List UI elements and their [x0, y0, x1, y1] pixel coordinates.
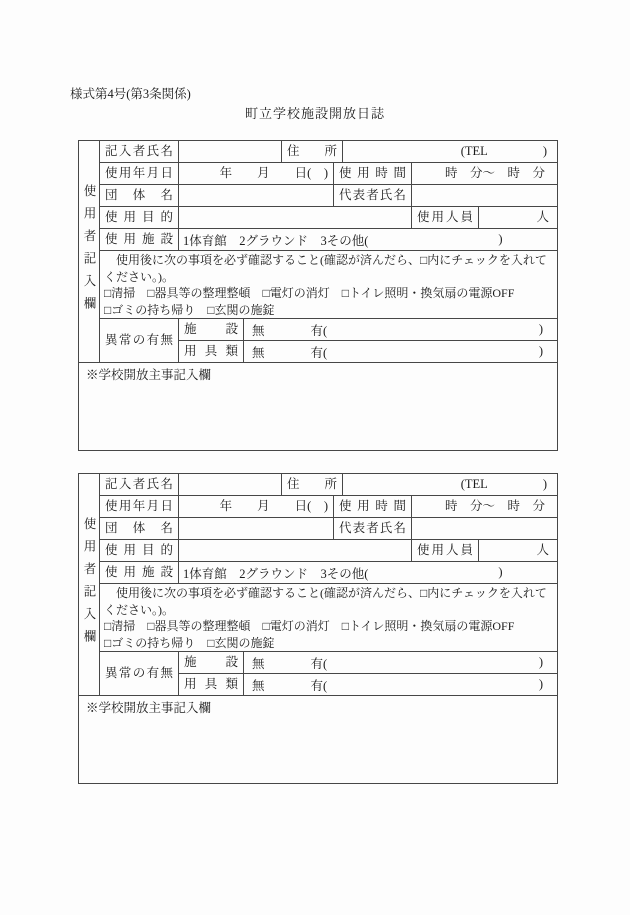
- tel-close-paren: ): [543, 477, 547, 492]
- facility-close-paren: ): [498, 565, 502, 580]
- anomaly-facility-label: 施設: [178, 651, 243, 673]
- usage-time-field: 時 分～ 時 分: [411, 495, 557, 517]
- usage-time-label: 使用時間: [333, 495, 411, 517]
- usage-form-1: 使用者記入欄 記入者氏名 住所 (TEL ) 使用年月日 年 月 日( ) 使用…: [78, 140, 558, 451]
- facility-options-field: 1体育館 2グラウンド 3その他( ): [178, 228, 557, 250]
- group-name-field: [178, 184, 333, 206]
- anomaly-facility-none: 無: [252, 321, 265, 339]
- supervisor-note-box: ※学校開放主事記入欄: [78, 362, 557, 450]
- recorder-name-field: [178, 140, 281, 162]
- attendance-label: 使用人員: [411, 539, 478, 561]
- usage-purpose-label: 使用目的: [99, 206, 178, 228]
- recorder-name-label: 記入者氏名: [99, 473, 178, 495]
- attendance-count-field: 人: [478, 206, 557, 228]
- anomaly-facility-close-paren: ): [539, 322, 543, 337]
- checklist-instruction-line-2: ください。)。: [104, 602, 553, 619]
- form-number: 様式第4号(第3条関係): [70, 84, 191, 102]
- checklist-instruction-line-1: 使用後に次の事項を必ず確認すること(確認が済んだら、□内にチェックを入れて: [104, 252, 553, 269]
- representative-name-label: 代表者氏名: [333, 517, 411, 539]
- usage-time-field: 時 分～ 時 分: [411, 162, 557, 184]
- user-entry-section-label-text: 使用者記入欄: [80, 517, 98, 652]
- tel-close-paren: ): [543, 144, 547, 159]
- document-page: 様式第4号(第3条関係) 町立学校施設開放日誌 使用者記入欄 記入者氏名 住所 …: [0, 0, 630, 915]
- representative-name-field: [411, 184, 557, 206]
- anomaly-label-text: 異常の有無: [105, 330, 173, 351]
- usage-record-form: 使用者記入欄 記入者氏名 住所 (TEL ) 使用年月日 年 月 日( ) 使用…: [78, 473, 558, 784]
- anomaly-equipment-present: 有(: [311, 676, 328, 694]
- tel-prefix-text: (TEL: [461, 477, 488, 492]
- anomaly-facility-field: 無 有( ): [243, 651, 557, 673]
- anomaly-facility-present: 有(: [311, 321, 328, 339]
- anomaly-equipment-field: 無 有( ): [243, 673, 557, 695]
- usage-date-label: 使用年月日: [99, 495, 178, 517]
- checklist-instruction-line-2: ください。)。: [104, 269, 553, 286]
- anomaly-facility-field: 無 有( ): [243, 318, 557, 340]
- anomaly-label: 異常の有無: [99, 651, 178, 695]
- anomaly-facility-label: 施設: [178, 318, 243, 340]
- anomaly-equipment-none: 無: [252, 343, 265, 361]
- anomaly-equipment-close-paren: ): [539, 677, 543, 692]
- anomaly-facility-close-paren: ): [539, 655, 543, 670]
- user-entry-section-label: 使用者記入欄: [78, 473, 99, 695]
- address-tel-field: (TEL ): [342, 140, 557, 162]
- recorder-name-label: 記入者氏名: [99, 140, 178, 162]
- facility-options-text: 1体育館 2グラウンド 3その他(: [183, 564, 368, 582]
- attendance-label: 使用人員: [411, 206, 478, 228]
- anomaly-equipment-field: 無 有( ): [243, 340, 557, 362]
- usage-purpose-label: 使用目的: [99, 539, 178, 561]
- checklist-items-line-2: □ゴミの持ち帰り □玄関の施錠: [104, 302, 553, 319]
- anomaly-equipment-label: 用具類: [178, 673, 243, 695]
- post-use-checklist: 使用後に次の事項を必ず確認すること(確認が済んだら、□内にチェックを入れて くだ…: [99, 250, 557, 318]
- facility-label: 使用施設: [99, 561, 178, 583]
- tel-prefix-text: (TEL: [461, 144, 488, 159]
- user-entry-section-label: 使用者記入欄: [78, 140, 99, 362]
- anomaly-facility-none: 無: [252, 654, 265, 672]
- usage-date-label: 使用年月日: [99, 162, 178, 184]
- anomaly-label: 異常の有無: [99, 318, 178, 362]
- user-entry-section-label-text: 使用者記入欄: [80, 184, 98, 319]
- supervisor-note-box: ※学校開放主事記入欄: [78, 695, 557, 783]
- address-tel-field: (TEL ): [342, 473, 557, 495]
- representative-name-field: [411, 517, 557, 539]
- anomaly-equipment-label: 用具類: [178, 340, 243, 362]
- representative-name-label: 代表者氏名: [333, 184, 411, 206]
- facility-options-field: 1体育館 2グラウンド 3その他( ): [178, 561, 557, 583]
- usage-form-2: 使用者記入欄 記入者氏名 住所 (TEL ) 使用年月日 年 月 日( ) 使用…: [78, 473, 558, 784]
- address-label: 住所: [281, 473, 342, 495]
- document-title: 町立学校施設開放日誌: [0, 103, 630, 122]
- post-use-checklist: 使用後に次の事項を必ず確認すること(確認が済んだら、□内にチェックを入れて くだ…: [99, 583, 557, 651]
- usage-date-field: 年 月 日( ): [178, 162, 333, 184]
- anomaly-equipment-present: 有(: [311, 343, 328, 361]
- usage-time-label: 使用時間: [333, 162, 411, 184]
- facility-label: 使用施設: [99, 228, 178, 250]
- usage-date-field: 年 月 日( ): [178, 495, 333, 517]
- checklist-items-line-2: □ゴミの持ち帰り □玄関の施錠: [104, 635, 553, 652]
- usage-purpose-field: [178, 206, 411, 228]
- facility-close-paren: ): [498, 232, 502, 247]
- facility-options-text: 1体育館 2グラウンド 3その他(: [183, 231, 368, 249]
- group-name-label: 団体名: [99, 517, 178, 539]
- anomaly-label-text: 異常の有無: [105, 663, 173, 684]
- checklist-instruction-line-1: 使用後に次の事項を必ず確認すること(確認が済んだら、□内にチェックを入れて: [104, 585, 553, 602]
- group-name-label: 団体名: [99, 184, 178, 206]
- checklist-items-line-1: □清掃 □器具等の整理整頓 □電灯の消灯 □トイレ照明・換気扇の電源OFF: [104, 618, 553, 635]
- address-label: 住所: [281, 140, 342, 162]
- group-name-field: [178, 517, 333, 539]
- checklist-items-line-1: □清掃 □器具等の整理整頓 □電灯の消灯 □トイレ照明・換気扇の電源OFF: [104, 285, 553, 302]
- attendance-count-field: 人: [478, 539, 557, 561]
- anomaly-facility-present: 有(: [311, 654, 328, 672]
- usage-record-form: 使用者記入欄 記入者氏名 住所 (TEL ) 使用年月日 年 月 日( ) 使用…: [78, 140, 558, 451]
- anomaly-equipment-close-paren: ): [539, 344, 543, 359]
- usage-purpose-field: [178, 539, 411, 561]
- recorder-name-field: [178, 473, 281, 495]
- anomaly-equipment-none: 無: [252, 676, 265, 694]
